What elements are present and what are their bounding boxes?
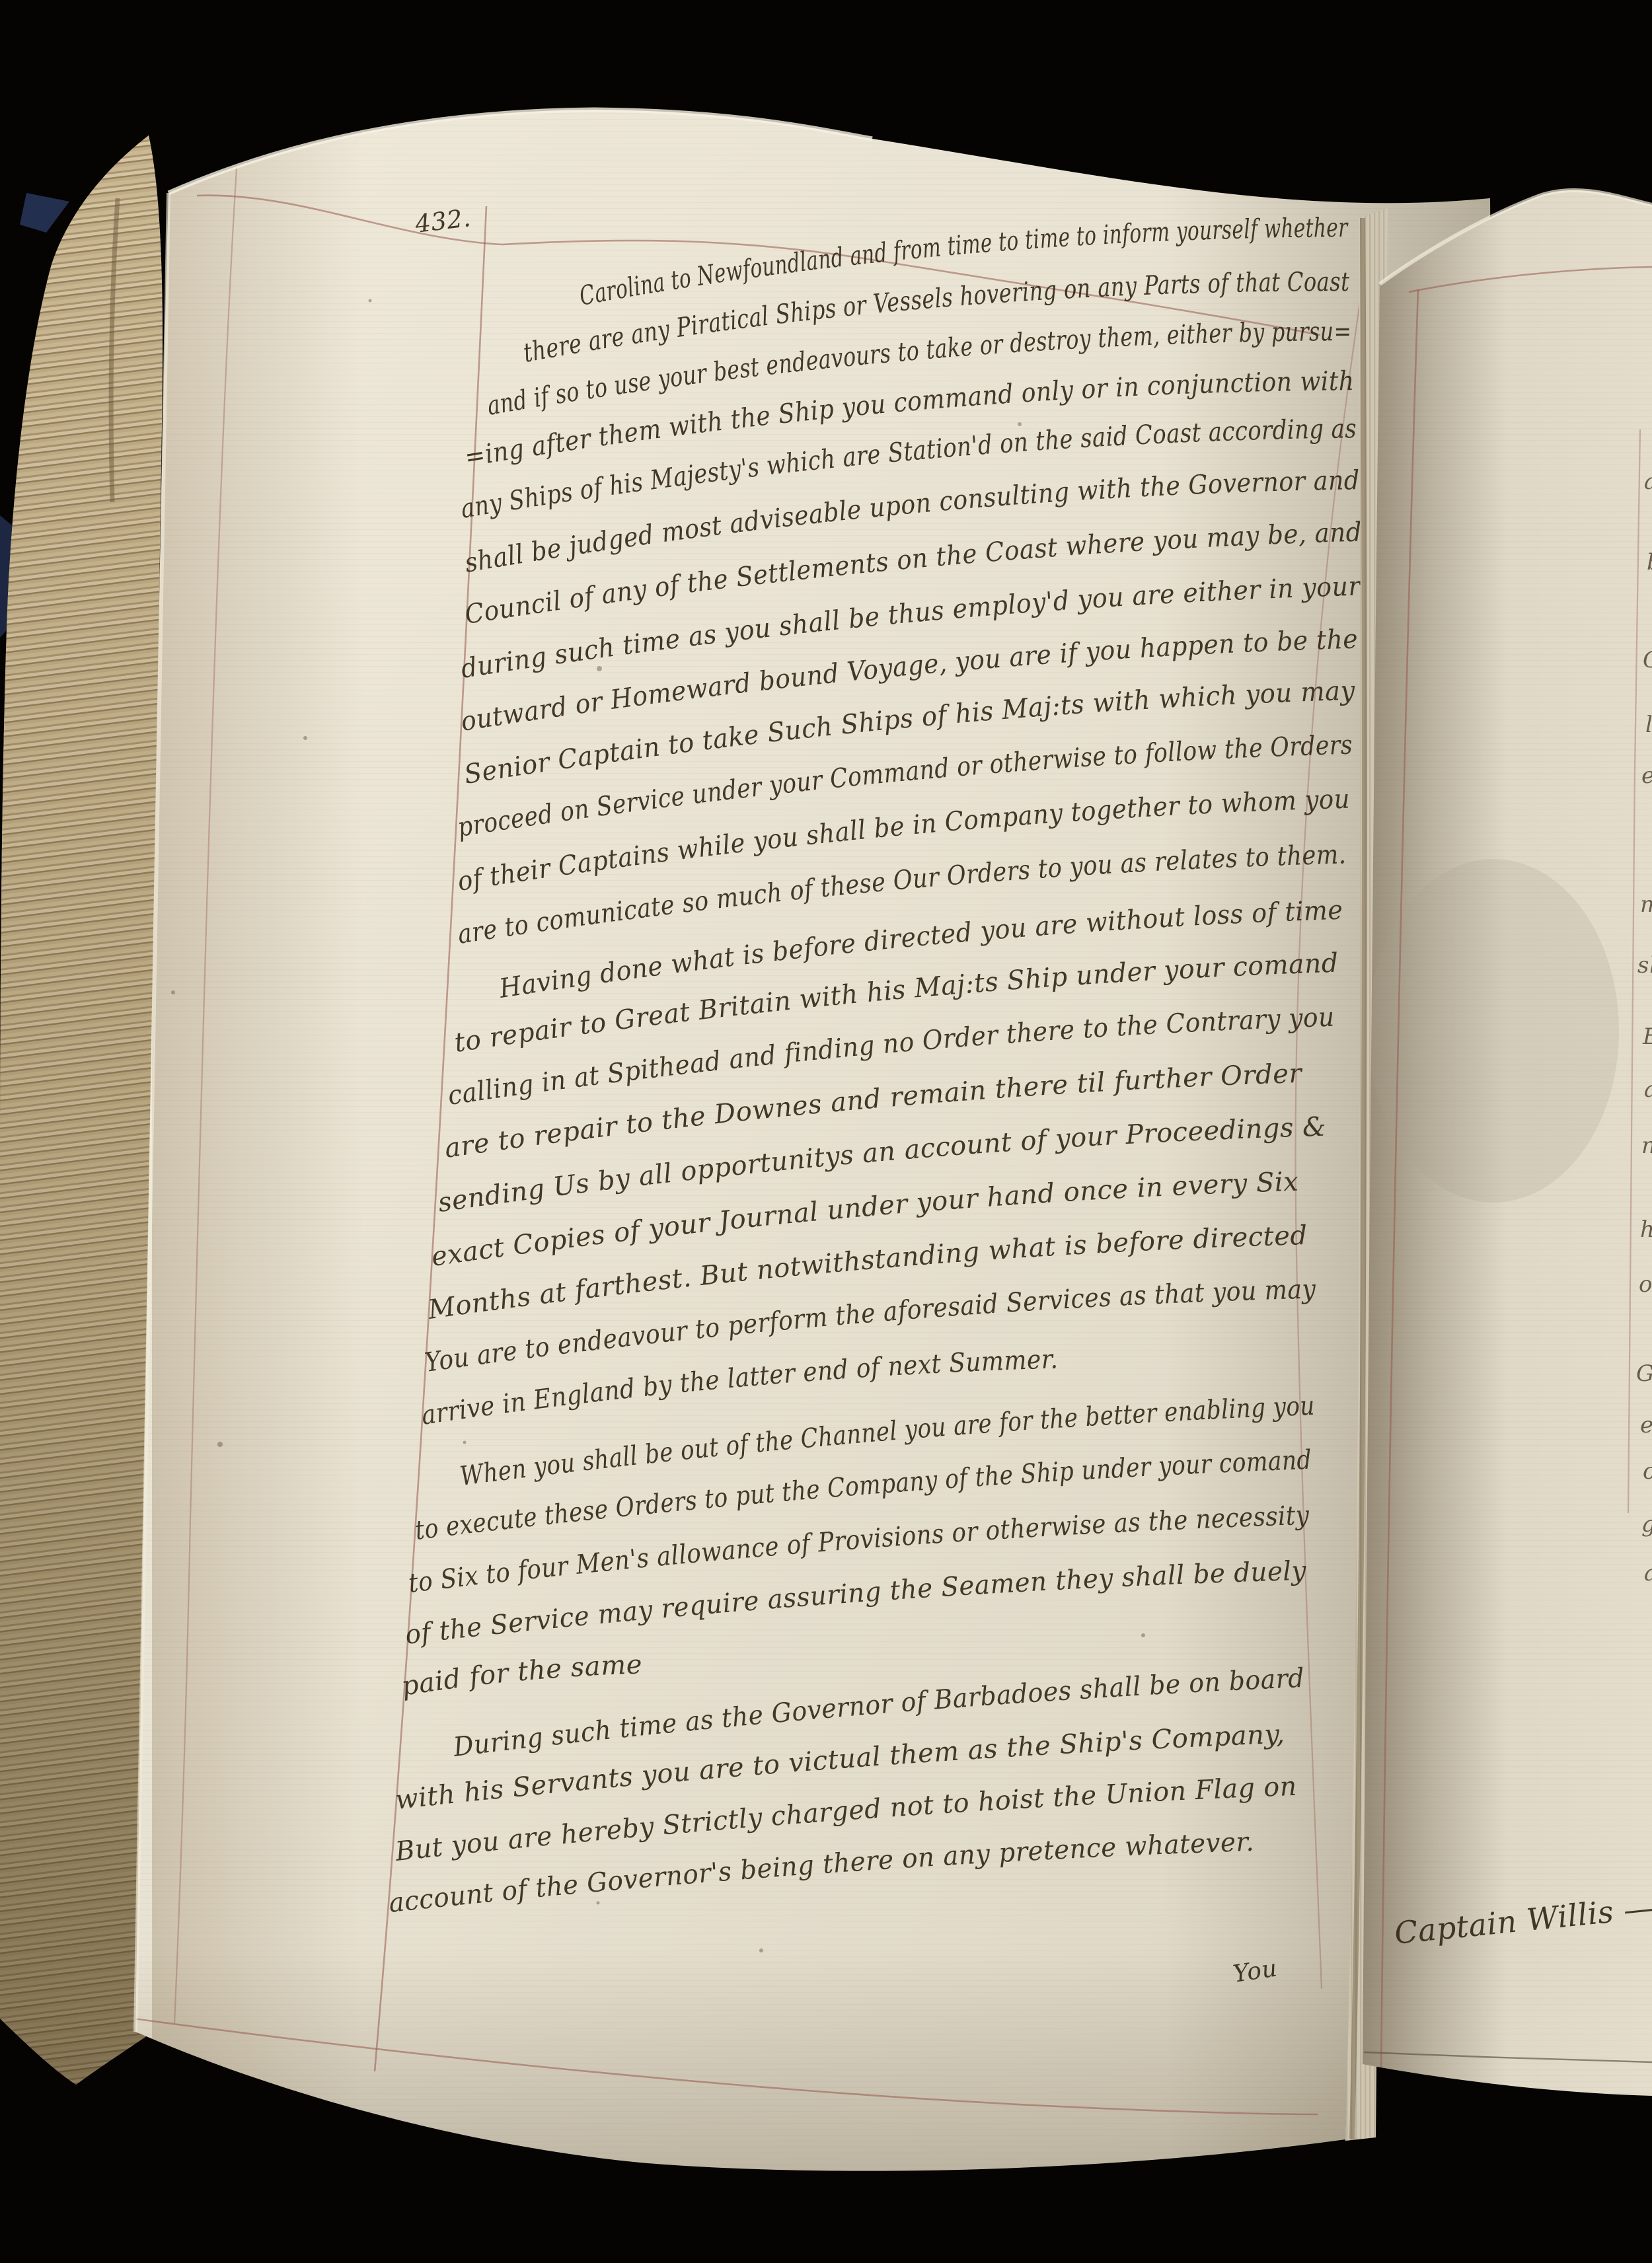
svg-text:o: o [1643, 1458, 1652, 1485]
svg-text:a: a [1644, 1076, 1652, 1103]
svg-text:o: o [1639, 1271, 1652, 1298]
svg-text:G: G [1636, 1360, 1652, 1387]
paper-stain [1368, 859, 1619, 1203]
left-page: 432. Carolina to Newfoundland and from t… [99, 79, 1553, 2227]
svg-text:er: er [1640, 1412, 1652, 1438]
svg-text:m: m [1640, 891, 1652, 918]
svg-text:E: E [1642, 1023, 1652, 1050]
svg-text:g: g [1641, 1511, 1652, 1538]
svg-text:C: C [1643, 647, 1652, 673]
svg-text:l: l [1645, 712, 1652, 738]
svg-text:h: h [1640, 1216, 1652, 1243]
manuscript-book-photo: 432. Carolina to Newfoundland and from t… [0, 0, 1652, 2263]
svg-text:sh: sh [1637, 952, 1652, 979]
book-scene: 432. Carolina to Newfoundland and from t… [0, 0, 1652, 2263]
svg-text:e: e [1641, 762, 1652, 789]
svg-text:a: a [1644, 1560, 1652, 1586]
svg-text:a: a [1644, 468, 1652, 495]
svg-text:n: n [1641, 1132, 1652, 1159]
right-page: Captain Willis — a b C l e m sh E a n h … [1355, 99, 1652, 2246]
svg-text:b: b [1647, 549, 1652, 575]
